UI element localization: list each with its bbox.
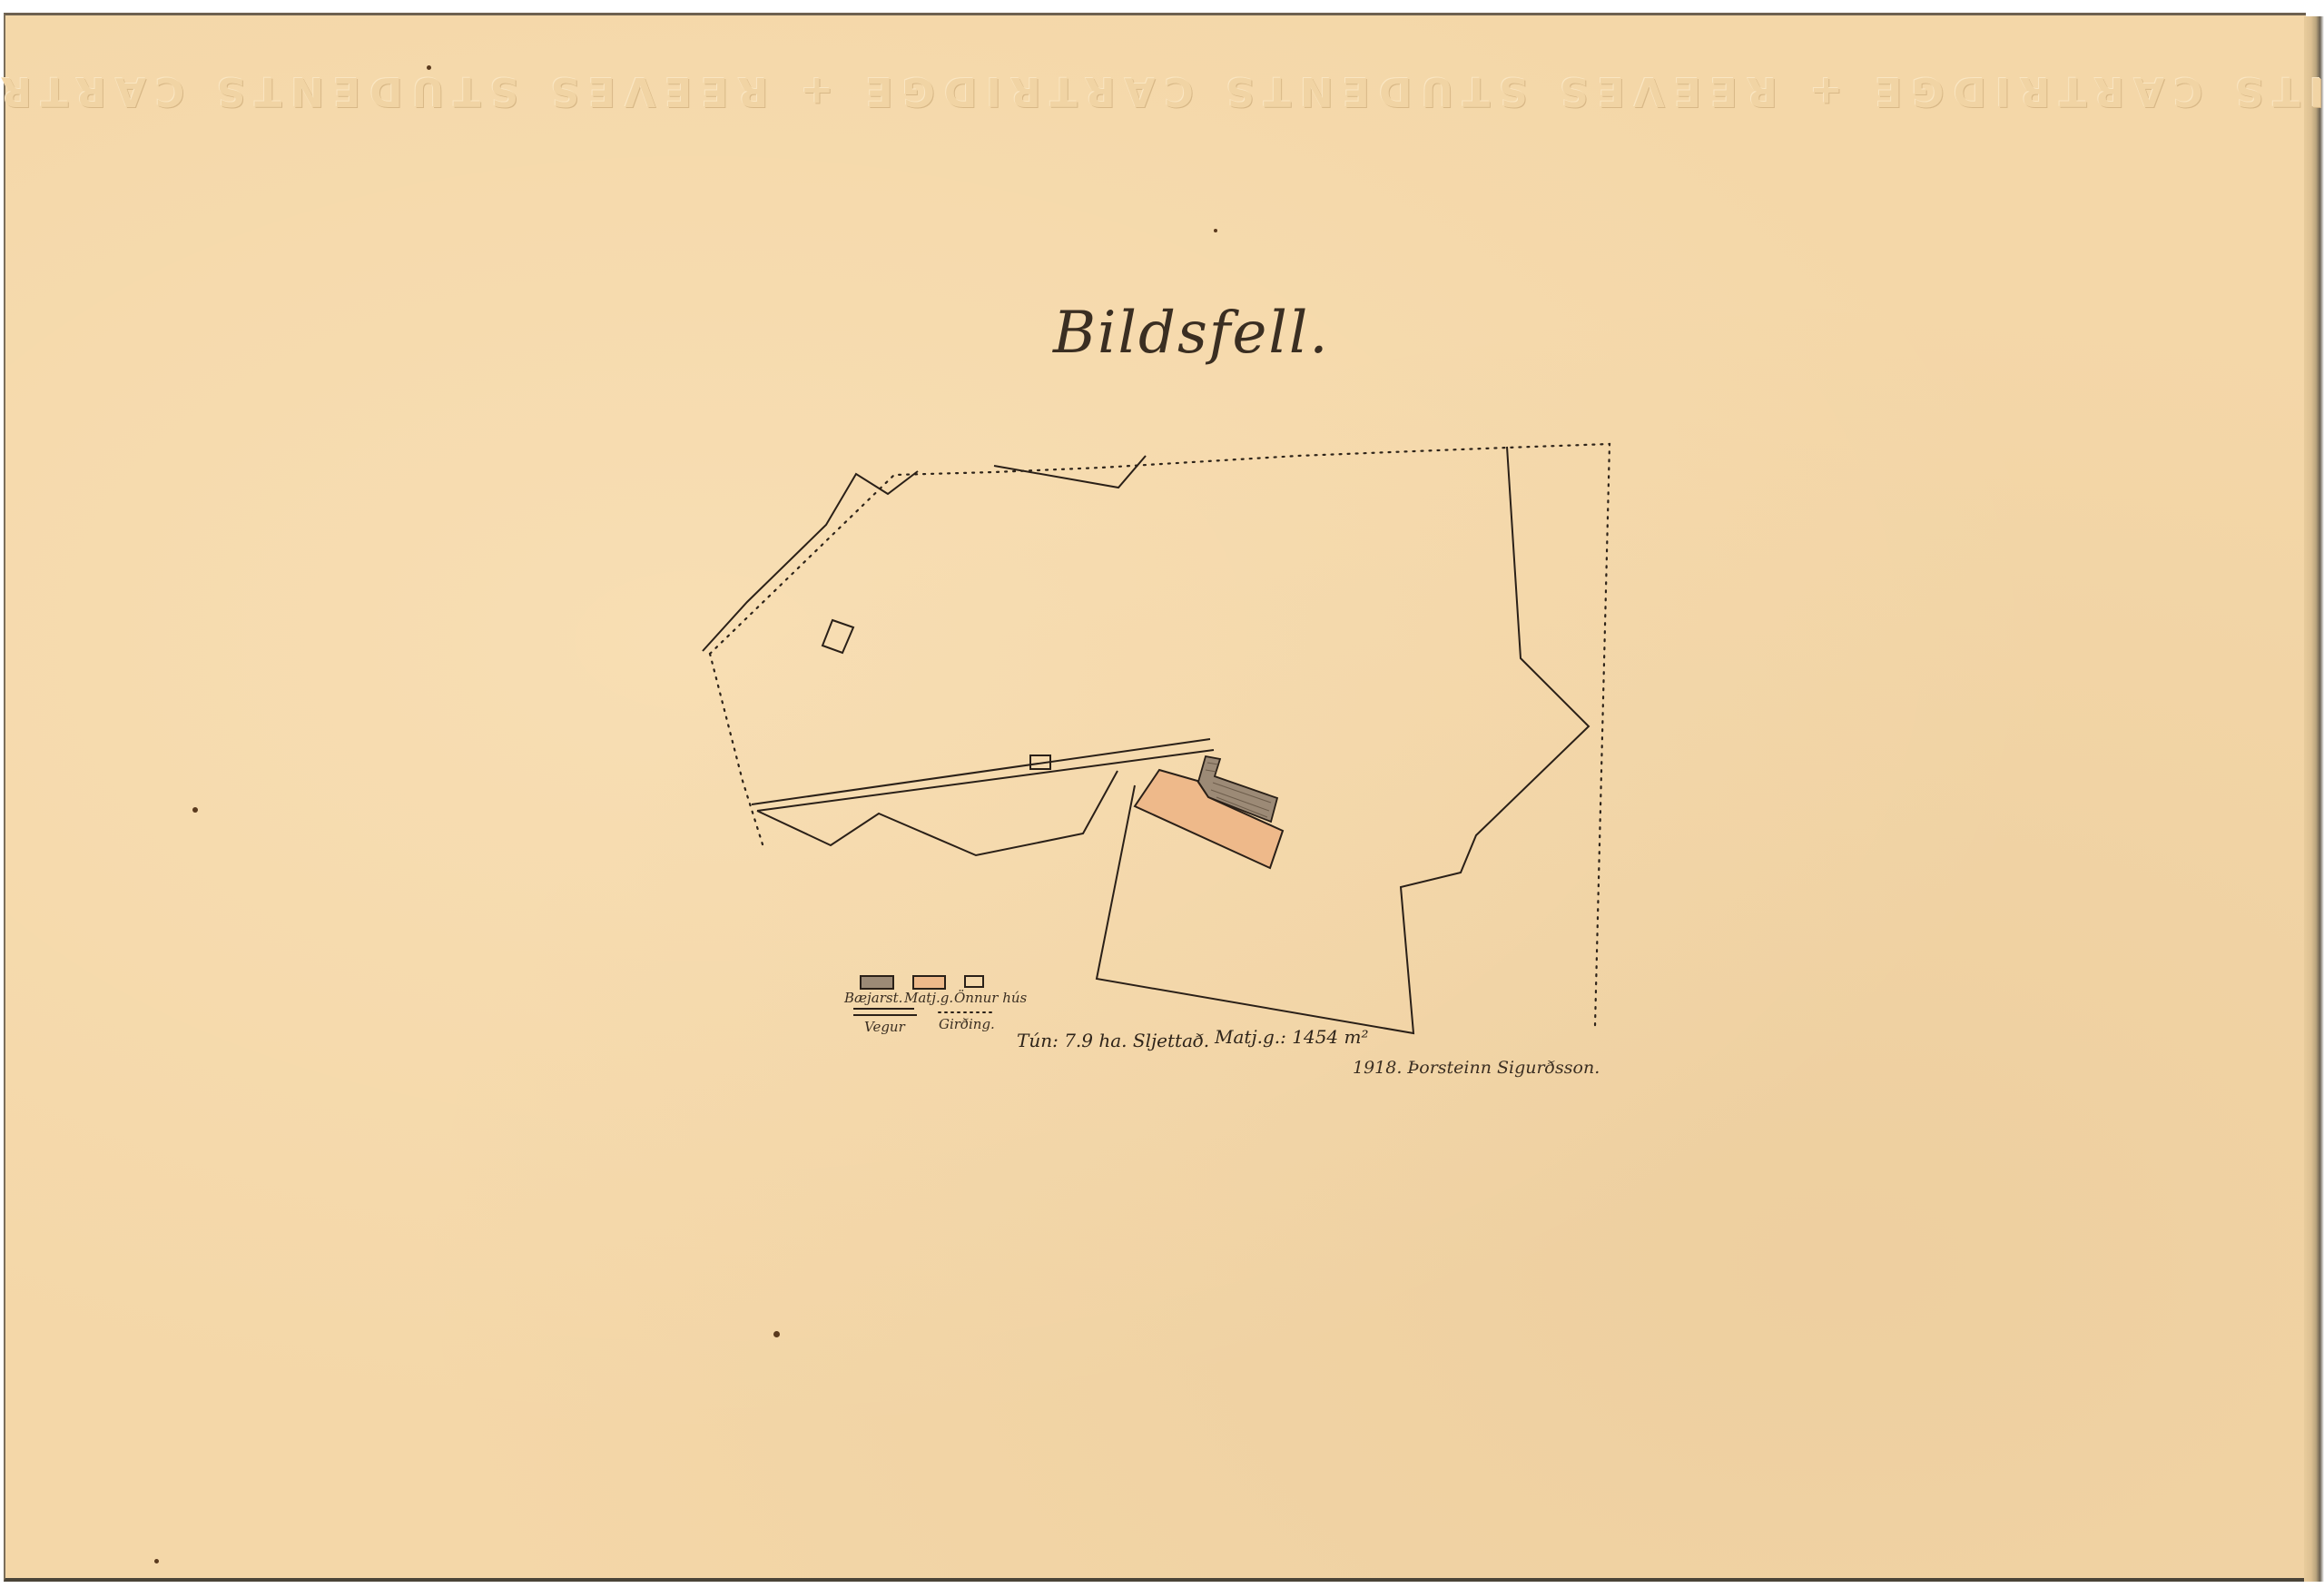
garden-area-note: Matj.g.: 1454 m²	[1215, 1026, 1369, 1048]
legend-label-garden: Matj.g.	[904, 990, 953, 1006]
paper-speck	[1214, 229, 1217, 232]
legend-label-fence: Girðing.	[939, 1016, 995, 1032]
paper-speck	[773, 1331, 780, 1337]
paper-speck	[192, 807, 198, 813]
survey-map	[0, 0, 2324, 1588]
area-note: Tún: 7.9 ha. Sljettað.	[1017, 1030, 1209, 1051]
surveyor-signature: 1918. Þorsteinn Sigurðsson.	[1353, 1058, 1600, 1078]
paper-speck	[154, 1559, 159, 1563]
legend-label-road: Vegur	[864, 1019, 905, 1035]
legend-label-farmhouse: Bæjarst.	[844, 990, 902, 1006]
legend-label-other-houses: Önnur hús	[954, 990, 1027, 1006]
paper-speck	[427, 65, 431, 70]
home-field-boundary	[703, 447, 1589, 1033]
fence-line	[710, 444, 1610, 1026]
outbuilding-rects	[822, 620, 1050, 769]
